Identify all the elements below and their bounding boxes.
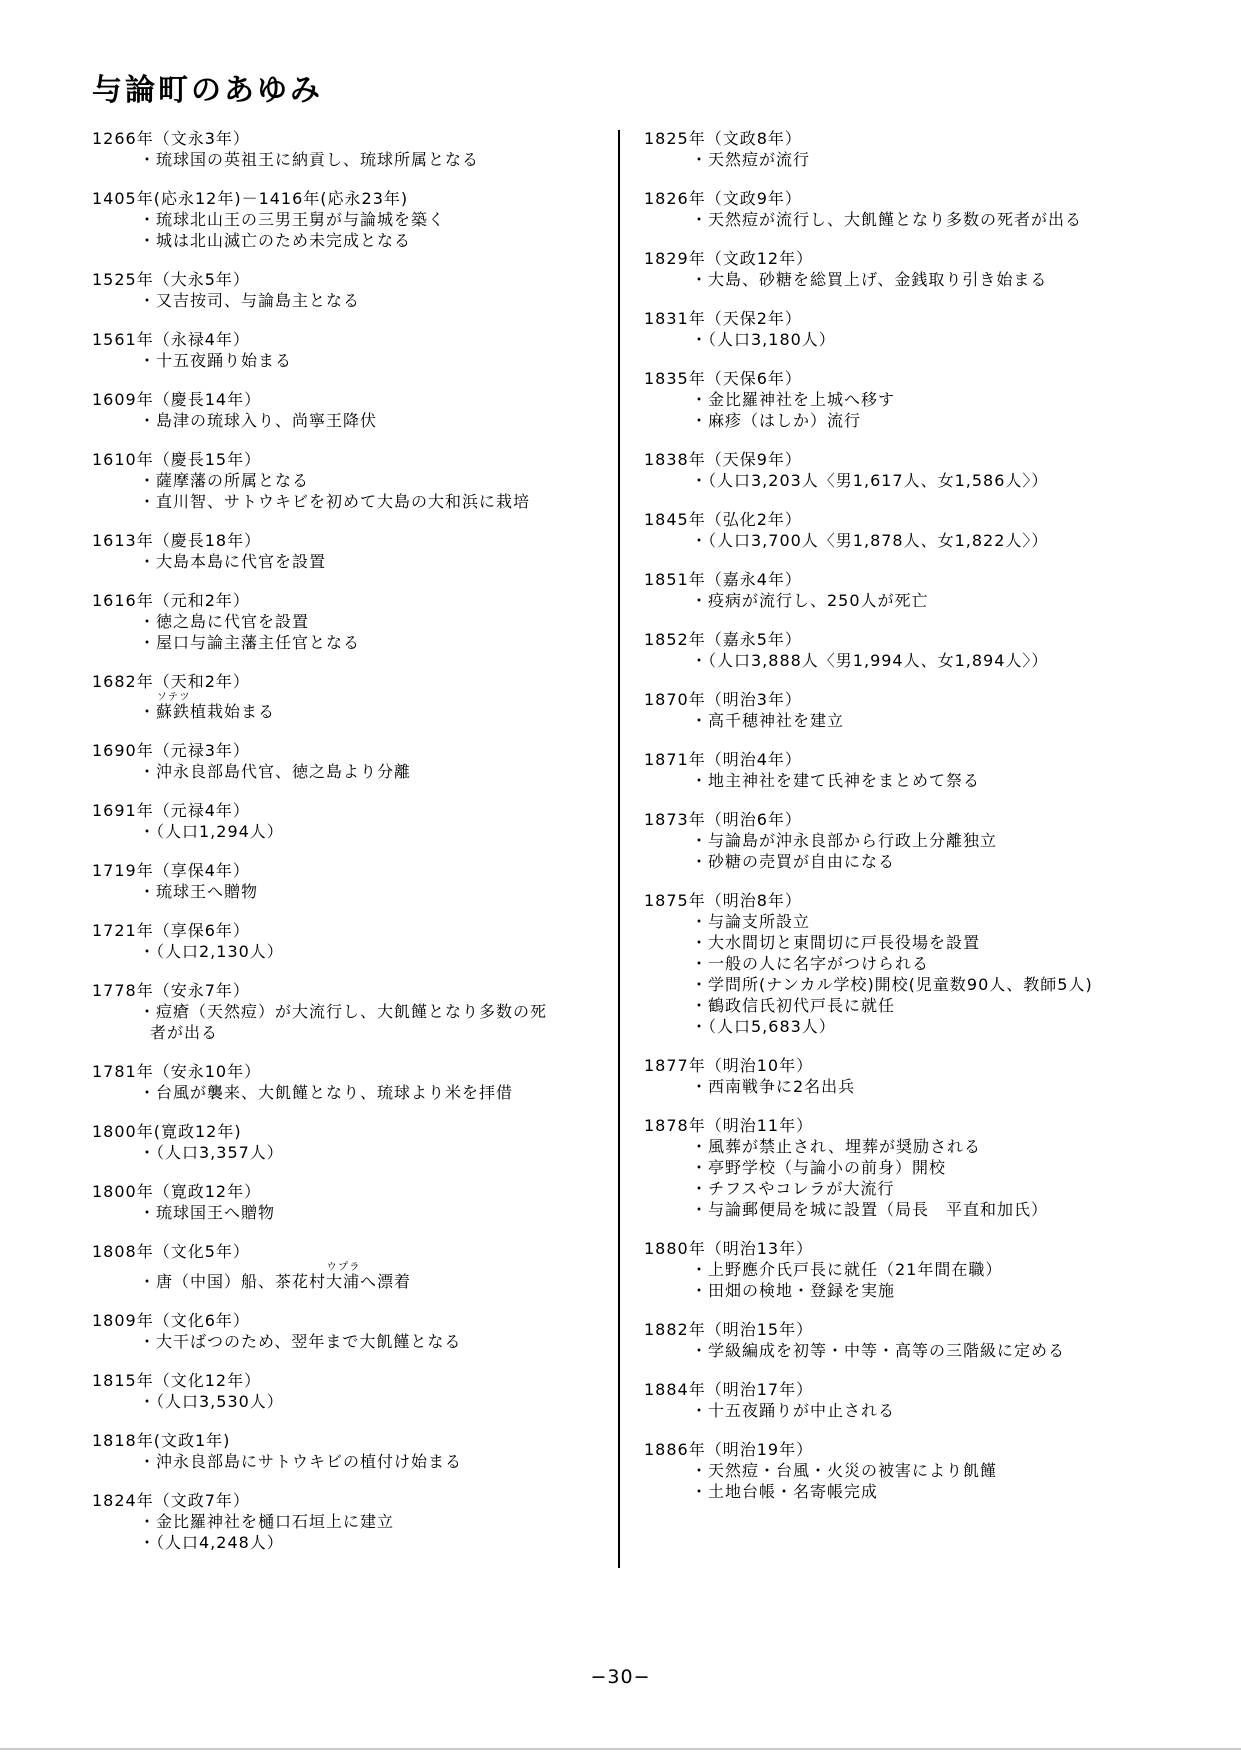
entry-event: ・琉球王へ贈物 xyxy=(92,881,558,902)
entry-year: 1721年（享保6年） xyxy=(92,920,558,941)
entry-event: ・亭野学校（与論小の前身）開校 xyxy=(644,1157,1171,1178)
timeline-column-right: 1825年（文政8年）・天然痘が流行1826年（文政9年）・天然痘が流行し、大飢… xyxy=(644,128,1171,1520)
entry-event: ・痘瘡（天然痘）が大流行し、大飢饉となり多数の死者が出る xyxy=(92,1001,558,1043)
entry-year: 1815年（文化12年） xyxy=(92,1370,558,1391)
entry-event: ・唐（中国）船、茶花村大浦ウプラへ漂着 xyxy=(92,1262,558,1292)
entry-year: 1878年（明治11年） xyxy=(644,1115,1171,1136)
entry-year: 1877年（明治10年） xyxy=(644,1055,1171,1076)
timeline-entry: 1616年（元和2年）・徳之島に代官を設置・屋口与論主藩主任官となる xyxy=(92,590,558,653)
timeline-entry: 1405年(応永12年)－1416年(応永23年)・琉球北山王の三男王舅が与論城… xyxy=(92,188,558,251)
entry-year: 1880年（明治13年） xyxy=(644,1238,1171,1259)
entry-year: 1835年（天保6年） xyxy=(644,368,1171,389)
entry-event: ・上野應介氏戸長に就任（21年間在職） xyxy=(644,1259,1171,1280)
entry-event: ・高千穂神社を建立 xyxy=(644,710,1171,731)
scan-edge-line xyxy=(0,1748,1241,1750)
entry-event: ・（人口2,130人） xyxy=(92,941,558,962)
entry-year: 1691年（元禄4年） xyxy=(92,800,558,821)
entry-event: ・土地台帳・名寄帳完成 xyxy=(644,1481,1171,1502)
entry-year: 1870年（明治3年） xyxy=(644,689,1171,710)
timeline-entry: 1818年(文政1年)・沖永良部島にサトウキビの植付け始まる xyxy=(92,1430,558,1472)
entry-event: ・（人口4,248人） xyxy=(92,1532,558,1553)
entry-event: ・西南戦争に2名出兵 xyxy=(644,1076,1171,1097)
entry-year: 1818年(文政1年) xyxy=(92,1430,558,1451)
entry-event: ・十五夜踊りが中止される xyxy=(644,1400,1171,1421)
entry-event: ・与論島が沖永良部から行政上分離独立 xyxy=(644,830,1171,851)
entry-event: ・田畑の検地・登録を実施 xyxy=(644,1280,1171,1301)
entry-year: 1719年（享保4年） xyxy=(92,860,558,881)
timeline-entry: 1884年（明治17年）・十五夜踊りが中止される xyxy=(644,1379,1171,1421)
entry-year: 1682年（天和2年） xyxy=(92,671,558,692)
entry-event: ・（人口3,530人） xyxy=(92,1391,558,1412)
timeline-entry: 1886年（明治19年）・天然痘・台風・火災の被害により飢饉・土地台帳・名寄帳完… xyxy=(644,1439,1171,1502)
timeline-entry: 1878年（明治11年）・風葬が禁止され、埋葬が奨励される・亭野学校（与論小の前… xyxy=(644,1115,1171,1220)
entry-year: 1800年（寛政12年） xyxy=(92,1181,558,1202)
page-number: −30− xyxy=(0,1666,1241,1688)
entry-year: 1851年（嘉永4年） xyxy=(644,569,1171,590)
entry-event: ・（人口1,294人） xyxy=(92,821,558,842)
ruby-base: 大浦 xyxy=(326,1272,360,1291)
entry-year: 1882年（明治15年） xyxy=(644,1319,1171,1340)
timeline-entry: 1880年（明治13年）・上野應介氏戸長に就任（21年間在職）・田畑の検地・登録… xyxy=(644,1238,1171,1301)
entry-event: ・大島、砂糖を総買上げ、金銭取り引き始まる xyxy=(644,269,1171,290)
timeline-entry: 1719年（享保4年）・琉球王へ贈物 xyxy=(92,860,558,902)
timeline-entry: 1266年（文永3年）・琉球国の英祖王に納貢し、琉球所属となる xyxy=(92,128,558,170)
ruby-annotation: ソテツ xyxy=(156,692,190,703)
ruby-base: 蘇鉄 xyxy=(156,702,190,721)
entry-year: 1886年（明治19年） xyxy=(644,1439,1171,1460)
entry-event: ・風葬が禁止され、埋葬が奨励される xyxy=(644,1136,1171,1157)
timeline-entry: 1800年(寛政12年)・（人口3,357人） xyxy=(92,1121,558,1163)
entry-year: 1690年（元禄3年） xyxy=(92,740,558,761)
entry-year: 1875年（明治8年） xyxy=(644,890,1171,911)
entry-event: ・（人口3,700人〈男1,878人、女1,822人〉） xyxy=(644,530,1171,551)
entry-event: ・島津の琉球入り、尚寧王降伏 xyxy=(92,410,558,431)
timeline-entry: 1851年（嘉永4年）・疫病が流行し、250人が死亡 xyxy=(644,569,1171,611)
timeline-entry: 1882年（明治15年）・学級編成を初等・中等・高等の三階級に定める xyxy=(644,1319,1171,1361)
timeline-entry: 1613年（慶長18年）・大島本島に代官を設置 xyxy=(92,530,558,572)
timeline-entry: 1690年（元禄3年）・沖永良部島代官、徳之島より分離 xyxy=(92,740,558,782)
entry-year: 1609年（慶長14年） xyxy=(92,389,558,410)
entry-event: ・一般の人に名字がつけられる xyxy=(644,953,1171,974)
entry-year: 1873年（明治6年） xyxy=(644,809,1171,830)
timeline-entry: 1809年（文化6年）・大干ばつのため、翌年まで大飢饉となる xyxy=(92,1310,558,1352)
entry-event: ・疫病が流行し、250人が死亡 xyxy=(644,590,1171,611)
timeline-entry: 1825年（文政8年）・天然痘が流行 xyxy=(644,128,1171,170)
timeline-entry: 1831年（天保2年）・（人口3,180人） xyxy=(644,308,1171,350)
entry-event: ・琉球北山王の三男王舅が与論城を築く xyxy=(92,209,558,230)
event-text: へ漂着 xyxy=(360,1272,411,1291)
entry-event: ・又吉按司、与論島主となる xyxy=(92,290,558,311)
entry-year: 1800年(寛政12年) xyxy=(92,1121,558,1142)
event-text: 植栽始まる xyxy=(190,702,275,721)
timeline-entry: 1610年（慶長15年）・薩摩藩の所属となる・直川智、サトウキビを初めて大島の大… xyxy=(92,449,558,512)
entry-year: 1884年（明治17年） xyxy=(644,1379,1171,1400)
timeline-entry: 1835年（天保6年）・金比羅神社を上城へ移す・麻疹（はしか）流行 xyxy=(644,368,1171,431)
column-divider xyxy=(618,130,620,1568)
ruby-annotation: ウプラ xyxy=(326,1262,360,1273)
entry-year: 1808年（文化5年） xyxy=(92,1241,558,1262)
entry-event: ・（人口3,180人） xyxy=(644,329,1171,350)
event-text: ・ xyxy=(139,702,156,721)
timeline-column-left: 1266年（文永3年）・琉球国の英祖王に納貢し、琉球所属となる1405年(応永1… xyxy=(92,128,558,1571)
entry-year: 1871年（明治4年） xyxy=(644,749,1171,770)
entry-event: ・薩摩藩の所属となる xyxy=(92,470,558,491)
entry-event: ・鶴政信氏初代戸長に就任 xyxy=(644,995,1171,1016)
entry-event: ・砂糖の売買が自由になる xyxy=(644,851,1171,872)
entry-event: ・（人口3,203人〈男1,617人、女1,586人〉） xyxy=(644,470,1171,491)
timeline-entry: 1609年（慶長14年）・島津の琉球入り、尚寧王降伏 xyxy=(92,389,558,431)
timeline-entry: 1778年（安永7年）・痘瘡（天然痘）が大流行し、大飢饉となり多数の死者が出る xyxy=(92,980,558,1043)
timeline-entry: 1838年（天保9年）・（人口3,203人〈男1,617人、女1,586人〉） xyxy=(644,449,1171,491)
timeline-entry: 1721年（享保6年）・（人口2,130人） xyxy=(92,920,558,962)
entry-year: 1266年（文永3年） xyxy=(92,128,558,149)
entry-event: ・沖永良部島にサトウキビの植付け始まる xyxy=(92,1451,558,1472)
entry-event: ・琉球国王へ贈物 xyxy=(92,1202,558,1223)
ruby-term: 蘇鉄ソテツ xyxy=(156,702,190,721)
timeline-entry: 1871年（明治4年）・地主神社を建て氏神をまとめて祭る xyxy=(644,749,1171,791)
timeline-entry: 1870年（明治3年）・高千穂神社を建立 xyxy=(644,689,1171,731)
entry-event: ・徳之島に代官を設置 xyxy=(92,611,558,632)
entry-event: ・天然痘が流行し、大飢饉となり多数の死者が出る xyxy=(644,209,1171,230)
timeline-entry: 1682年（天和2年）・蘇鉄ソテツ植栽始まる xyxy=(92,671,558,722)
entry-event: ・蘇鉄ソテツ植栽始まる xyxy=(92,692,558,722)
timeline-entry: 1852年（嘉永5年）・（人口3,888人〈男1,994人、女1,894人〉） xyxy=(644,629,1171,671)
timeline-entry: 1525年（大永5年）・又吉按司、与論島主となる xyxy=(92,269,558,311)
timeline-entry: 1826年（文政9年）・天然痘が流行し、大飢饉となり多数の死者が出る xyxy=(644,188,1171,230)
entry-year: 1561年（永禄4年） xyxy=(92,329,558,350)
entry-event: ・大島本島に代官を設置 xyxy=(92,551,558,572)
entry-event: ・台風が襲来、大飢饉となり、琉球より米を拝借 xyxy=(92,1082,558,1103)
entry-year: 1405年(応永12年)－1416年(応永23年) xyxy=(92,188,558,209)
timeline-entry: 1691年（元禄4年）・（人口1,294人） xyxy=(92,800,558,842)
entry-event: ・（人口3,357人） xyxy=(92,1142,558,1163)
entry-event: ・与論支所設立 xyxy=(644,911,1171,932)
event-text: ・唐（中国）船、茶花村 xyxy=(139,1272,326,1291)
timeline-entry: 1875年（明治8年）・与論支所設立・大水間切と東間切に戸長役場を設置・一般の人… xyxy=(644,890,1171,1037)
ruby-term: 大浦ウプラ xyxy=(326,1272,360,1291)
entry-year: 1809年（文化6年） xyxy=(92,1310,558,1331)
timeline-entry: 1873年（明治6年）・与論島が沖永良部から行政上分離独立・砂糖の売買が自由にな… xyxy=(644,809,1171,872)
entry-year: 1824年（文政7年） xyxy=(92,1490,558,1511)
entry-event: ・学級編成を初等・中等・高等の三階級に定める xyxy=(644,1340,1171,1361)
timeline-entry: 1824年（文政7年）・金比羅神社を樋口石垣上に建立・（人口4,248人） xyxy=(92,1490,558,1553)
timeline-entry: 1829年（文政12年）・大島、砂糖を総買上げ、金銭取り引き始まる xyxy=(644,248,1171,290)
timeline-entry: 1781年（安永10年）・台風が襲来、大飢饉となり、琉球より米を拝借 xyxy=(92,1061,558,1103)
entry-event: ・金比羅神社を樋口石垣上に建立 xyxy=(92,1511,558,1532)
timeline-entry: 1845年（弘化2年）・（人口3,700人〈男1,878人、女1,822人〉） xyxy=(644,509,1171,551)
entry-event: ・学問所(ナンカル学校)開校(児童数90人、教師5人) xyxy=(644,974,1171,995)
entry-year: 1525年（大永5年） xyxy=(92,269,558,290)
entry-event: ・天然痘・台風・火災の被害により飢饉 xyxy=(644,1460,1171,1481)
entry-event: ・与論郵便局を城に設置（局長 平直和加氏） xyxy=(644,1199,1171,1220)
entry-event: ・麻疹（はしか）流行 xyxy=(644,410,1171,431)
entry-event: ・城は北山滅亡のため未完成となる xyxy=(92,230,558,251)
entry-year: 1613年（慶長18年） xyxy=(92,530,558,551)
timeline-entry: 1561年（永禄4年）・十五夜踊り始まる xyxy=(92,329,558,371)
entry-event: ・（人口5,683人） xyxy=(644,1016,1171,1037)
entry-year: 1616年（元和2年） xyxy=(92,590,558,611)
entry-year: 1825年（文政8年） xyxy=(644,128,1171,149)
entry-year: 1826年（文政9年） xyxy=(644,188,1171,209)
entry-year: 1852年（嘉永5年） xyxy=(644,629,1171,650)
entry-year: 1610年（慶長15年） xyxy=(92,449,558,470)
entry-year: 1829年（文政12年） xyxy=(644,248,1171,269)
entry-year: 1831年（天保2年） xyxy=(644,308,1171,329)
timeline-entry: 1800年（寛政12年）・琉球国王へ贈物 xyxy=(92,1181,558,1223)
entry-event: ・（人口3,888人〈男1,994人、女1,894人〉） xyxy=(644,650,1171,671)
timeline-entry: 1815年（文化12年）・（人口3,530人） xyxy=(92,1370,558,1412)
entry-event: ・屋口与論主藩主任官となる xyxy=(92,632,558,653)
entry-year: 1781年（安永10年） xyxy=(92,1061,558,1082)
entry-event: ・チフスやコレラが大流行 xyxy=(644,1178,1171,1199)
entry-year: 1778年（安永7年） xyxy=(92,980,558,1001)
entry-event: ・金比羅神社を上城へ移す xyxy=(644,389,1171,410)
entry-event: ・大水間切と東間切に戸長役場を設置 xyxy=(644,932,1171,953)
entry-year: 1838年（天保9年） xyxy=(644,449,1171,470)
entry-event: ・沖永良部島代官、徳之島より分離 xyxy=(92,761,558,782)
entry-event: ・地主神社を建て氏神をまとめて祭る xyxy=(644,770,1171,791)
timeline-entry: 1808年（文化5年）・唐（中国）船、茶花村大浦ウプラへ漂着 xyxy=(92,1241,558,1292)
entry-year: 1845年（弘化2年） xyxy=(644,509,1171,530)
entry-event: ・十五夜踊り始まる xyxy=(92,350,558,371)
entry-event: ・琉球国の英祖王に納貢し、琉球所属となる xyxy=(92,149,558,170)
document-page: 与論町のあゆみ 1266年（文永3年）・琉球国の英祖王に納貢し、琉球所属となる1… xyxy=(0,0,1241,1755)
entry-event: ・大干ばつのため、翌年まで大飢饉となる xyxy=(92,1331,558,1352)
timeline-entry: 1877年（明治10年）・西南戦争に2名出兵 xyxy=(644,1055,1171,1097)
entry-event: ・天然痘が流行 xyxy=(644,149,1171,170)
page-title: 与論町のあゆみ xyxy=(92,74,323,108)
entry-event: ・直川智、サトウキビを初めて大島の大和浜に栽培 xyxy=(92,491,558,512)
